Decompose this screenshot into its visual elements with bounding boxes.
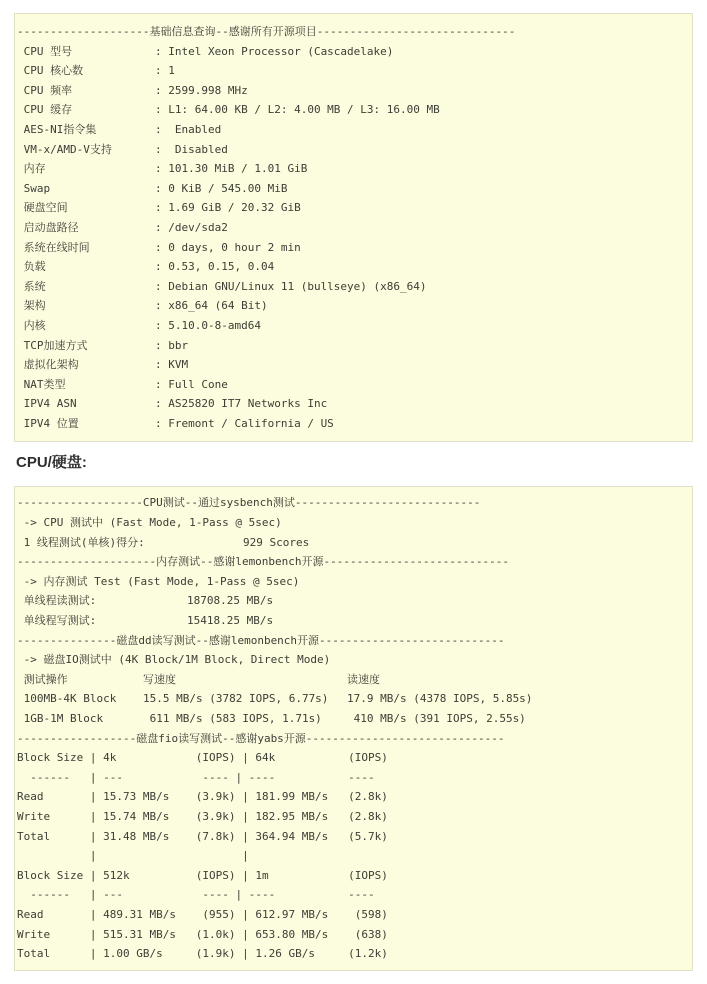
output-segment: : Fremont / California / US	[155, 414, 334, 434]
output-segment: Read | 489.31 MB/s (955) | 612.97 MB/s (…	[17, 905, 388, 925]
output-line: Swap: 0 KiB / 545.00 MiB	[17, 179, 690, 199]
output-line: Total | 1.00 GB/s (1.9k) | 1.26 GB/s (1.…	[17, 944, 690, 964]
output-segment: 929 Scores	[243, 533, 309, 553]
output-segment: 1GB-1M Block	[17, 709, 143, 729]
output-segment: 架构	[17, 296, 155, 316]
output-line: ------ | --- ---- | ---- ----	[17, 885, 690, 905]
output-segment: -------------------CPU测试--通过sysbench测试--…	[17, 493, 480, 513]
section-label-cpu-disk: CPU/硬盘:	[16, 453, 691, 473]
output-line: Total | 31.48 MB/s (7.8k) | 364.94 MB/s …	[17, 827, 690, 847]
output-segment: 17.9 MB/s (4378 IOPS, 5.85s)	[347, 689, 532, 709]
output-segment: : bbr	[155, 336, 188, 356]
output-segment: CPU 型号	[17, 42, 155, 62]
output-segment: : 0 days, 0 hour 2 min	[155, 238, 301, 258]
output-segment: : 2599.998 MHz	[155, 81, 248, 101]
output-line: ---------------磁盘dd读写测试--感谢lemonbench开源-…	[17, 631, 690, 651]
output-segment: 100MB-4K Block	[17, 689, 143, 709]
benchmark-output-box: -------------------CPU测试--通过sysbench测试--…	[14, 486, 693, 970]
output-line: 负载: 0.53, 0.15, 0.04	[17, 257, 690, 277]
output-segment: : Intel Xeon Processor (Cascadelake)	[155, 42, 393, 62]
system-info-output-box: --------------------基础信息查询--感谢所有开源项目----…	[14, 13, 693, 442]
output-line: 1GB-1M Block 611 MB/s (583 IOPS, 1.71s) …	[17, 709, 690, 729]
output-segment: 启动盘路径	[17, 218, 155, 238]
output-line: TCP加速方式: bbr	[17, 336, 690, 356]
output-line: AES-NI指令集: Enabled	[17, 120, 690, 140]
output-line: -> 磁盘IO测试中 (4K Block/1M Block, Direct Mo…	[17, 650, 690, 670]
output-segment: 15.5 MB/s (3782 IOPS, 6.77s)	[143, 689, 347, 709]
output-segment: : L1: 64.00 KB / L2: 4.00 MB / L3: 16.00…	[155, 100, 440, 120]
output-segment: Write | 15.74 MB/s (3.9k) | 182.95 MB/s …	[17, 807, 388, 827]
output-segment: : 0.53, 0.15, 0.04	[155, 257, 274, 277]
output-line: 虚拟化架构: KVM	[17, 355, 690, 375]
output-line: Read | 15.73 MB/s (3.9k) | 181.99 MB/s (…	[17, 787, 690, 807]
output-segment: ------------------磁盘fio读写测试--感谢yabs开源---…	[17, 729, 505, 749]
output-line: Block Size | 4k (IOPS) | 64k (IOPS)	[17, 748, 690, 768]
output-segment: 内核	[17, 316, 155, 336]
output-segment: ---------------磁盘dd读写测试--感谢lemonbench开源-…	[17, 631, 505, 651]
output-line: IPV4 ASN: AS25820 IT7 Networks Inc	[17, 394, 690, 414]
output-line: 硬盘空间: 1.69 GiB / 20.32 GiB	[17, 198, 690, 218]
output-segment: ------ | --- ---- | ---- ----	[17, 885, 375, 905]
output-segment: NAT类型	[17, 375, 155, 395]
output-line: Write | 15.74 MB/s (3.9k) | 182.95 MB/s …	[17, 807, 690, 827]
output-line: Read | 489.31 MB/s (955) | 612.97 MB/s (…	[17, 905, 690, 925]
page: --------------------基础信息查询--感谢所有开源项目----…	[0, 0, 707, 984]
output-line: 单线程写测试:15418.25 MB/s	[17, 611, 690, 631]
output-line: Block Size | 512k (IOPS) | 1m (IOPS)	[17, 866, 690, 886]
output-line: -> 内存测试 Test (Fast Mode, 1-Pass @ 5sec)	[17, 572, 690, 592]
output-segment: IPV4 ASN	[17, 394, 155, 414]
output-segment: 系统在线时间	[17, 238, 155, 258]
output-line: 100MB-4K Block15.5 MB/s (3782 IOPS, 6.77…	[17, 689, 690, 709]
output-segment: 611 MB/s (583 IOPS, 1.71s)	[143, 709, 347, 729]
output-segment: ------ | --- ---- | ---- ----	[17, 768, 375, 788]
output-segment: | |	[17, 846, 249, 866]
output-line: 系统在线时间: 0 days, 0 hour 2 min	[17, 238, 690, 258]
output-segment: 内存	[17, 159, 155, 179]
output-line: CPU 核心数: 1	[17, 61, 690, 81]
output-line: CPU 频率: 2599.998 MHz	[17, 81, 690, 101]
output-line: 架构: x86_64 (64 Bit)	[17, 296, 690, 316]
output-line: NAT类型: Full Cone	[17, 375, 690, 395]
output-segment: 15418.25 MB/s	[187, 611, 273, 631]
output-line: -------------------CPU测试--通过sysbench测试--…	[17, 493, 690, 513]
output-segment: 系统	[17, 277, 155, 297]
output-segment: --------------------基础信息查询--感谢所有开源项目----…	[17, 22, 515, 42]
output-segment: AES-NI指令集	[17, 120, 155, 140]
output-segment: 测试操作	[17, 670, 143, 690]
output-segment: Block Size | 512k (IOPS) | 1m (IOPS)	[17, 866, 388, 886]
output-line: 启动盘路径: /dev/sda2	[17, 218, 690, 238]
output-segment: 负载	[17, 257, 155, 277]
output-segment: CPU 频率	[17, 81, 155, 101]
output-line: ------ | --- ---- | ---- ----	[17, 768, 690, 788]
output-line: --------------------基础信息查询--感谢所有开源项目----…	[17, 22, 690, 42]
output-segment: : x86_64 (64 Bit)	[155, 296, 268, 316]
output-segment: 1 线程测试(单核)得分:	[17, 533, 243, 553]
output-line: Write | 515.31 MB/s (1.0k) | 653.80 MB/s…	[17, 925, 690, 945]
output-line: CPU 缓存: L1: 64.00 KB / L2: 4.00 MB / L3:…	[17, 100, 690, 120]
output-segment: 18708.25 MB/s	[187, 591, 273, 611]
output-segment: IPV4 位置	[17, 414, 155, 434]
output-segment: ---------------------内存测试--感谢lemonbench开…	[17, 552, 509, 572]
output-segment: CPU 缓存	[17, 100, 155, 120]
output-segment: 虚拟化架构	[17, 355, 155, 375]
output-segment: Block Size | 4k (IOPS) | 64k (IOPS)	[17, 748, 388, 768]
output-segment: : Enabled	[155, 120, 221, 140]
output-line: 1 线程测试(单核)得分:929 Scores	[17, 533, 690, 553]
output-segment: : 0 KiB / 545.00 MiB	[155, 179, 287, 199]
output-segment: : 1.69 GiB / 20.32 GiB	[155, 198, 301, 218]
output-line: CPU 型号: Intel Xeon Processor (Cascadelak…	[17, 42, 690, 62]
output-segment: CPU 核心数	[17, 61, 155, 81]
output-segment: : AS25820 IT7 Networks Inc	[155, 394, 327, 414]
output-segment: 读速度	[347, 670, 380, 690]
output-segment: Swap	[17, 179, 155, 199]
output-line: 内核: 5.10.0-8-amd64	[17, 316, 690, 336]
output-segment: : Full Cone	[155, 375, 228, 395]
output-segment: -> 磁盘IO测试中 (4K Block/1M Block, Direct Mo…	[17, 650, 330, 670]
output-segment: -> CPU 测试中 (Fast Mode, 1-Pass @ 5sec)	[17, 513, 282, 533]
output-line: -> CPU 测试中 (Fast Mode, 1-Pass @ 5sec)	[17, 513, 690, 533]
output-line: 单线程读测试:18708.25 MB/s	[17, 591, 690, 611]
output-line: 内存: 101.30 MiB / 1.01 GiB	[17, 159, 690, 179]
output-segment: Total | 1.00 GB/s (1.9k) | 1.26 GB/s (1.…	[17, 944, 388, 964]
output-segment: 单线程写测试:	[17, 611, 187, 631]
output-segment: : Disabled	[155, 140, 228, 160]
output-segment: : Debian GNU/Linux 11 (bullseye) (x86_64…	[155, 277, 427, 297]
output-segment: Total | 31.48 MB/s (7.8k) | 364.94 MB/s …	[17, 827, 388, 847]
output-segment: 写速度	[143, 670, 347, 690]
output-line: IPV4 位置: Fremont / California / US	[17, 414, 690, 434]
output-segment: Read | 15.73 MB/s (3.9k) | 181.99 MB/s (…	[17, 787, 388, 807]
output-segment: 单线程读测试:	[17, 591, 187, 611]
output-segment: : 101.30 MiB / 1.01 GiB	[155, 159, 307, 179]
output-segment: 410 MB/s (391 IOPS, 2.55s)	[347, 709, 526, 729]
output-line: ------------------磁盘fio读写测试--感谢yabs开源---…	[17, 729, 690, 749]
output-segment: : KVM	[155, 355, 188, 375]
output-segment: TCP加速方式	[17, 336, 155, 356]
output-segment: : /dev/sda2	[155, 218, 228, 238]
output-line: VM-x/AMD-V支持: Disabled	[17, 140, 690, 160]
output-line: | |	[17, 846, 690, 866]
output-line: ---------------------内存测试--感谢lemonbench开…	[17, 552, 690, 572]
output-line: 系统: Debian GNU/Linux 11 (bullseye) (x86_…	[17, 277, 690, 297]
output-segment: Write | 515.31 MB/s (1.0k) | 653.80 MB/s…	[17, 925, 388, 945]
output-segment: VM-x/AMD-V支持	[17, 140, 155, 160]
output-line: 测试操作写速度读速度	[17, 670, 690, 690]
output-segment: -> 内存测试 Test (Fast Mode, 1-Pass @ 5sec)	[17, 572, 299, 592]
output-segment: : 1	[155, 61, 175, 81]
output-segment: : 5.10.0-8-amd64	[155, 316, 261, 336]
output-segment: 硬盘空间	[17, 198, 155, 218]
